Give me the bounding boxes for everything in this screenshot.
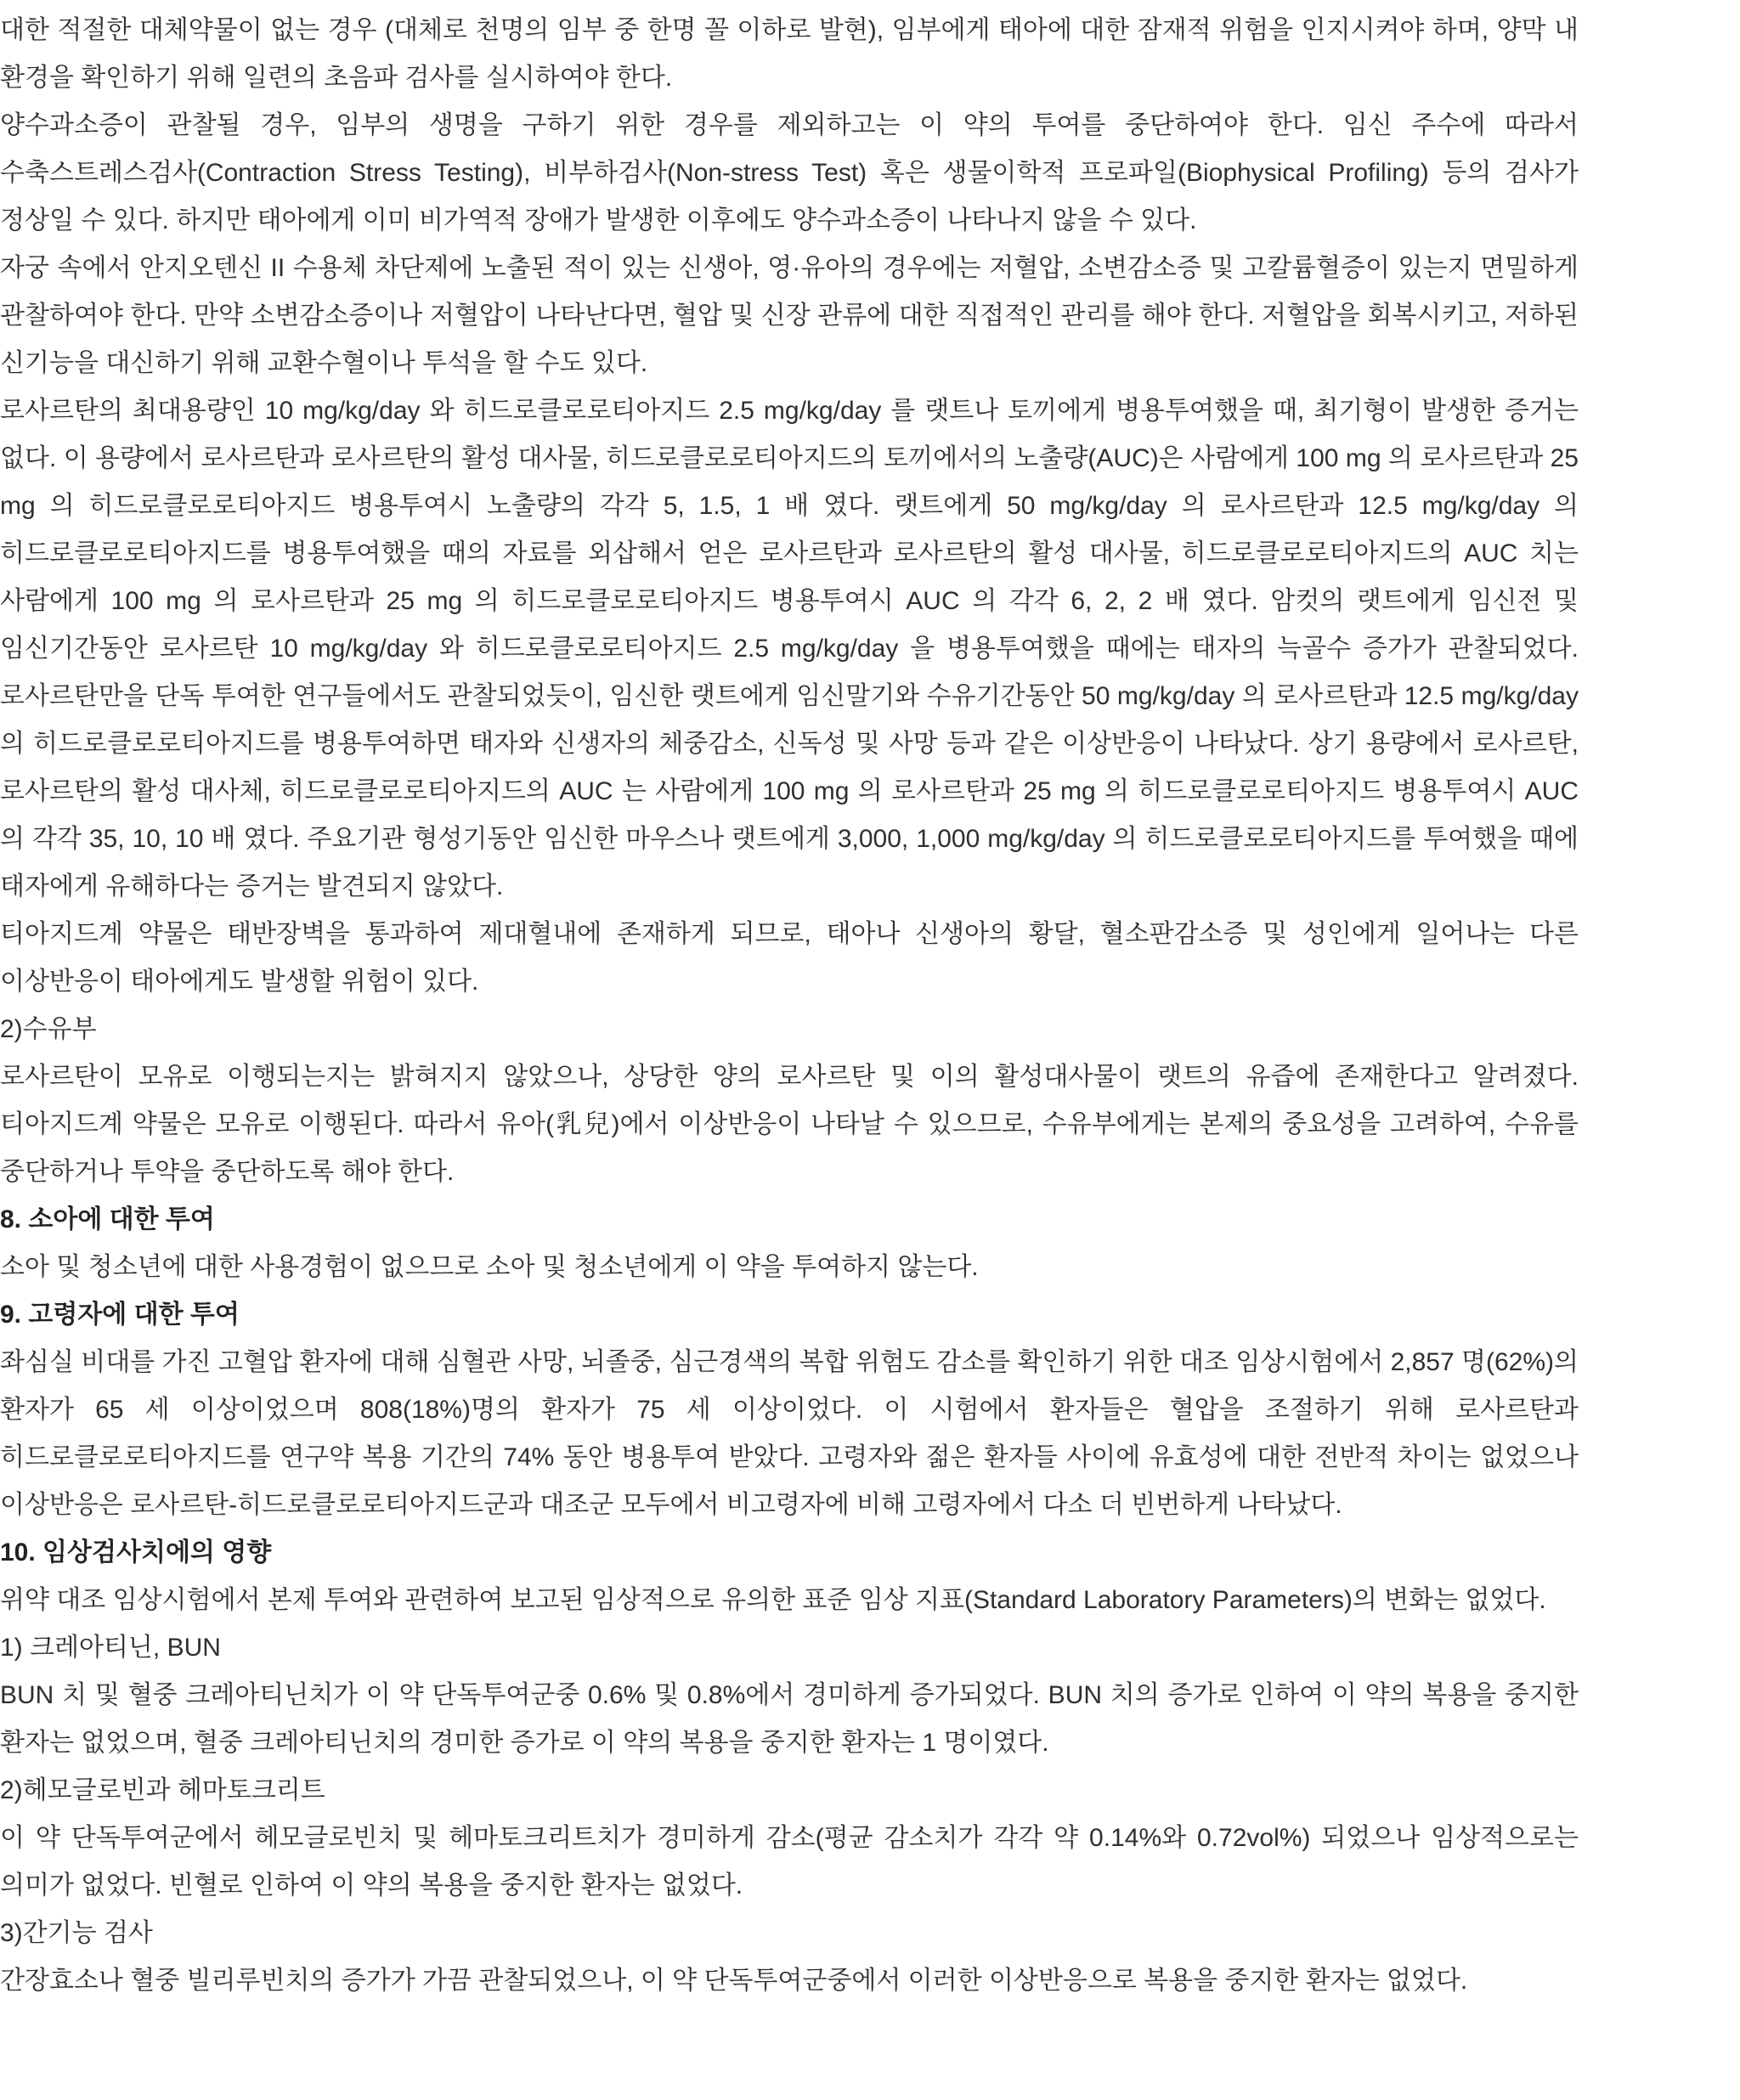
paragraph: 자궁 속에서 안지오텐신 II 수용체 차단제에 노출된 적이 있는 신생아, … <box>0 245 1579 387</box>
paragraph: BUN 치 및 혈중 크레아티닌치가 이 약 단독투여군중 0.6% 및 0.8… <box>0 1672 1579 1767</box>
paragraph: 양수과소증이 관찰될 경우, 임부의 생명을 구하기 위한 경우를 제외하고는 … <box>0 102 1579 245</box>
subsection-label: 3)간기능 검사 <box>0 1910 1579 1957</box>
paragraph: 좌심실 비대를 가진 고혈압 환자에 대해 심혈관 사망, 뇌졸중, 심근경색의… <box>0 1339 1579 1529</box>
paragraph: 소아 및 청소년에 대한 사용경험이 없으므로 소아 및 청소년에게 이 약을 … <box>0 1244 1579 1291</box>
paragraph: 간장효소나 혈중 빌리루빈치의 증가가 가끔 관찰되었으나, 이 약 단독투여군… <box>0 1957 1579 2005</box>
paragraph: 위약 대조 임상시험에서 본제 투여와 관련하여 보고된 임상적으로 유의한 표… <box>0 1577 1579 1624</box>
paragraph: 로사르탄이 모유로 이행되는지는 밝혀지지 않았으나, 상당한 양의 로사르탄 … <box>0 1053 1579 1196</box>
section-heading: 9. 고령자에 대한 투여 <box>0 1291 1579 1339</box>
subsection-label: 1) 크레아티닌, BUN <box>0 1624 1579 1672</box>
section-heading: 10. 임상검사치에의 영향 <box>0 1529 1579 1577</box>
document-page: 대한 적절한 대체약물이 없는 경우 (대체로 천명의 임부 중 한명 꼴 이하… <box>0 0 1740 2100</box>
section-heading: 8. 소아에 대한 투여 <box>0 1196 1579 1244</box>
paragraph: 로사르탄의 최대용량인 10 mg/kg/day 와 히드로클로로티아지드 2.… <box>0 387 1579 911</box>
subsection-label: 2)헤모글로빈과 헤마토크리트 <box>0 1767 1579 1815</box>
paragraph: 이 약 단독투여군에서 헤모글로빈치 및 헤마토크리트치가 경미하게 감소(평균… <box>0 1815 1579 1910</box>
subsection-label: 2)수유부 <box>0 1006 1579 1053</box>
paragraph: 티아지드계 약물은 태반장벽을 통과하여 제대혈내에 존재하게 되므로, 태아나… <box>0 911 1579 1006</box>
paragraph: 대한 적절한 대체약물이 없는 경우 (대체로 천명의 임부 중 한명 꼴 이하… <box>0 7 1579 102</box>
